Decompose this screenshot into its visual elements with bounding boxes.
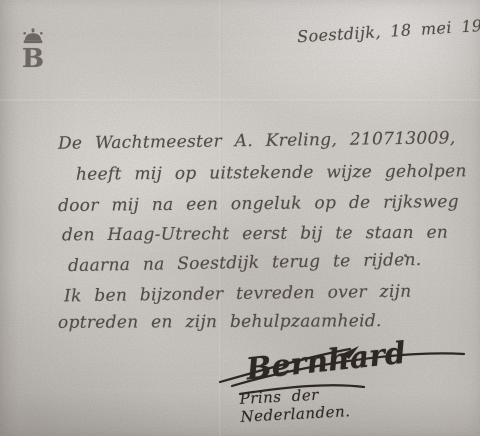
body-line-2: heeft mij op uitstekende wijze geholpen xyxy=(76,161,467,184)
horizontal-fold-crease xyxy=(0,99,480,103)
body-line-6: Ik ben bijzonder tevreden over zijn xyxy=(64,282,412,307)
letter-page: B Soestdijk, 18 mei 1954 De Wachtmeester… xyxy=(0,0,480,436)
signature-title: Prins der Nederlanden. xyxy=(239,384,351,426)
body-line-7: optreden en zijn behulpzaamheid. xyxy=(58,311,382,333)
body-line-5: daarna na Soestdijk terug te rijden. xyxy=(68,250,422,276)
monogram-letter: B xyxy=(17,46,49,72)
body-line-4: den Haag-Utrecht eerst bij te staan en xyxy=(62,223,448,246)
crown-icon xyxy=(20,28,46,45)
dateline: Soestdijk, 18 mei 1954 xyxy=(297,15,480,47)
body-line-1: De Wachtmeester A. Kreling, 210713009, xyxy=(58,128,456,154)
ink-speck xyxy=(404,254,407,257)
royal-monogram: B xyxy=(17,28,49,72)
body-line-3: door mij na een ongeluk op de rijksweg xyxy=(58,192,459,216)
